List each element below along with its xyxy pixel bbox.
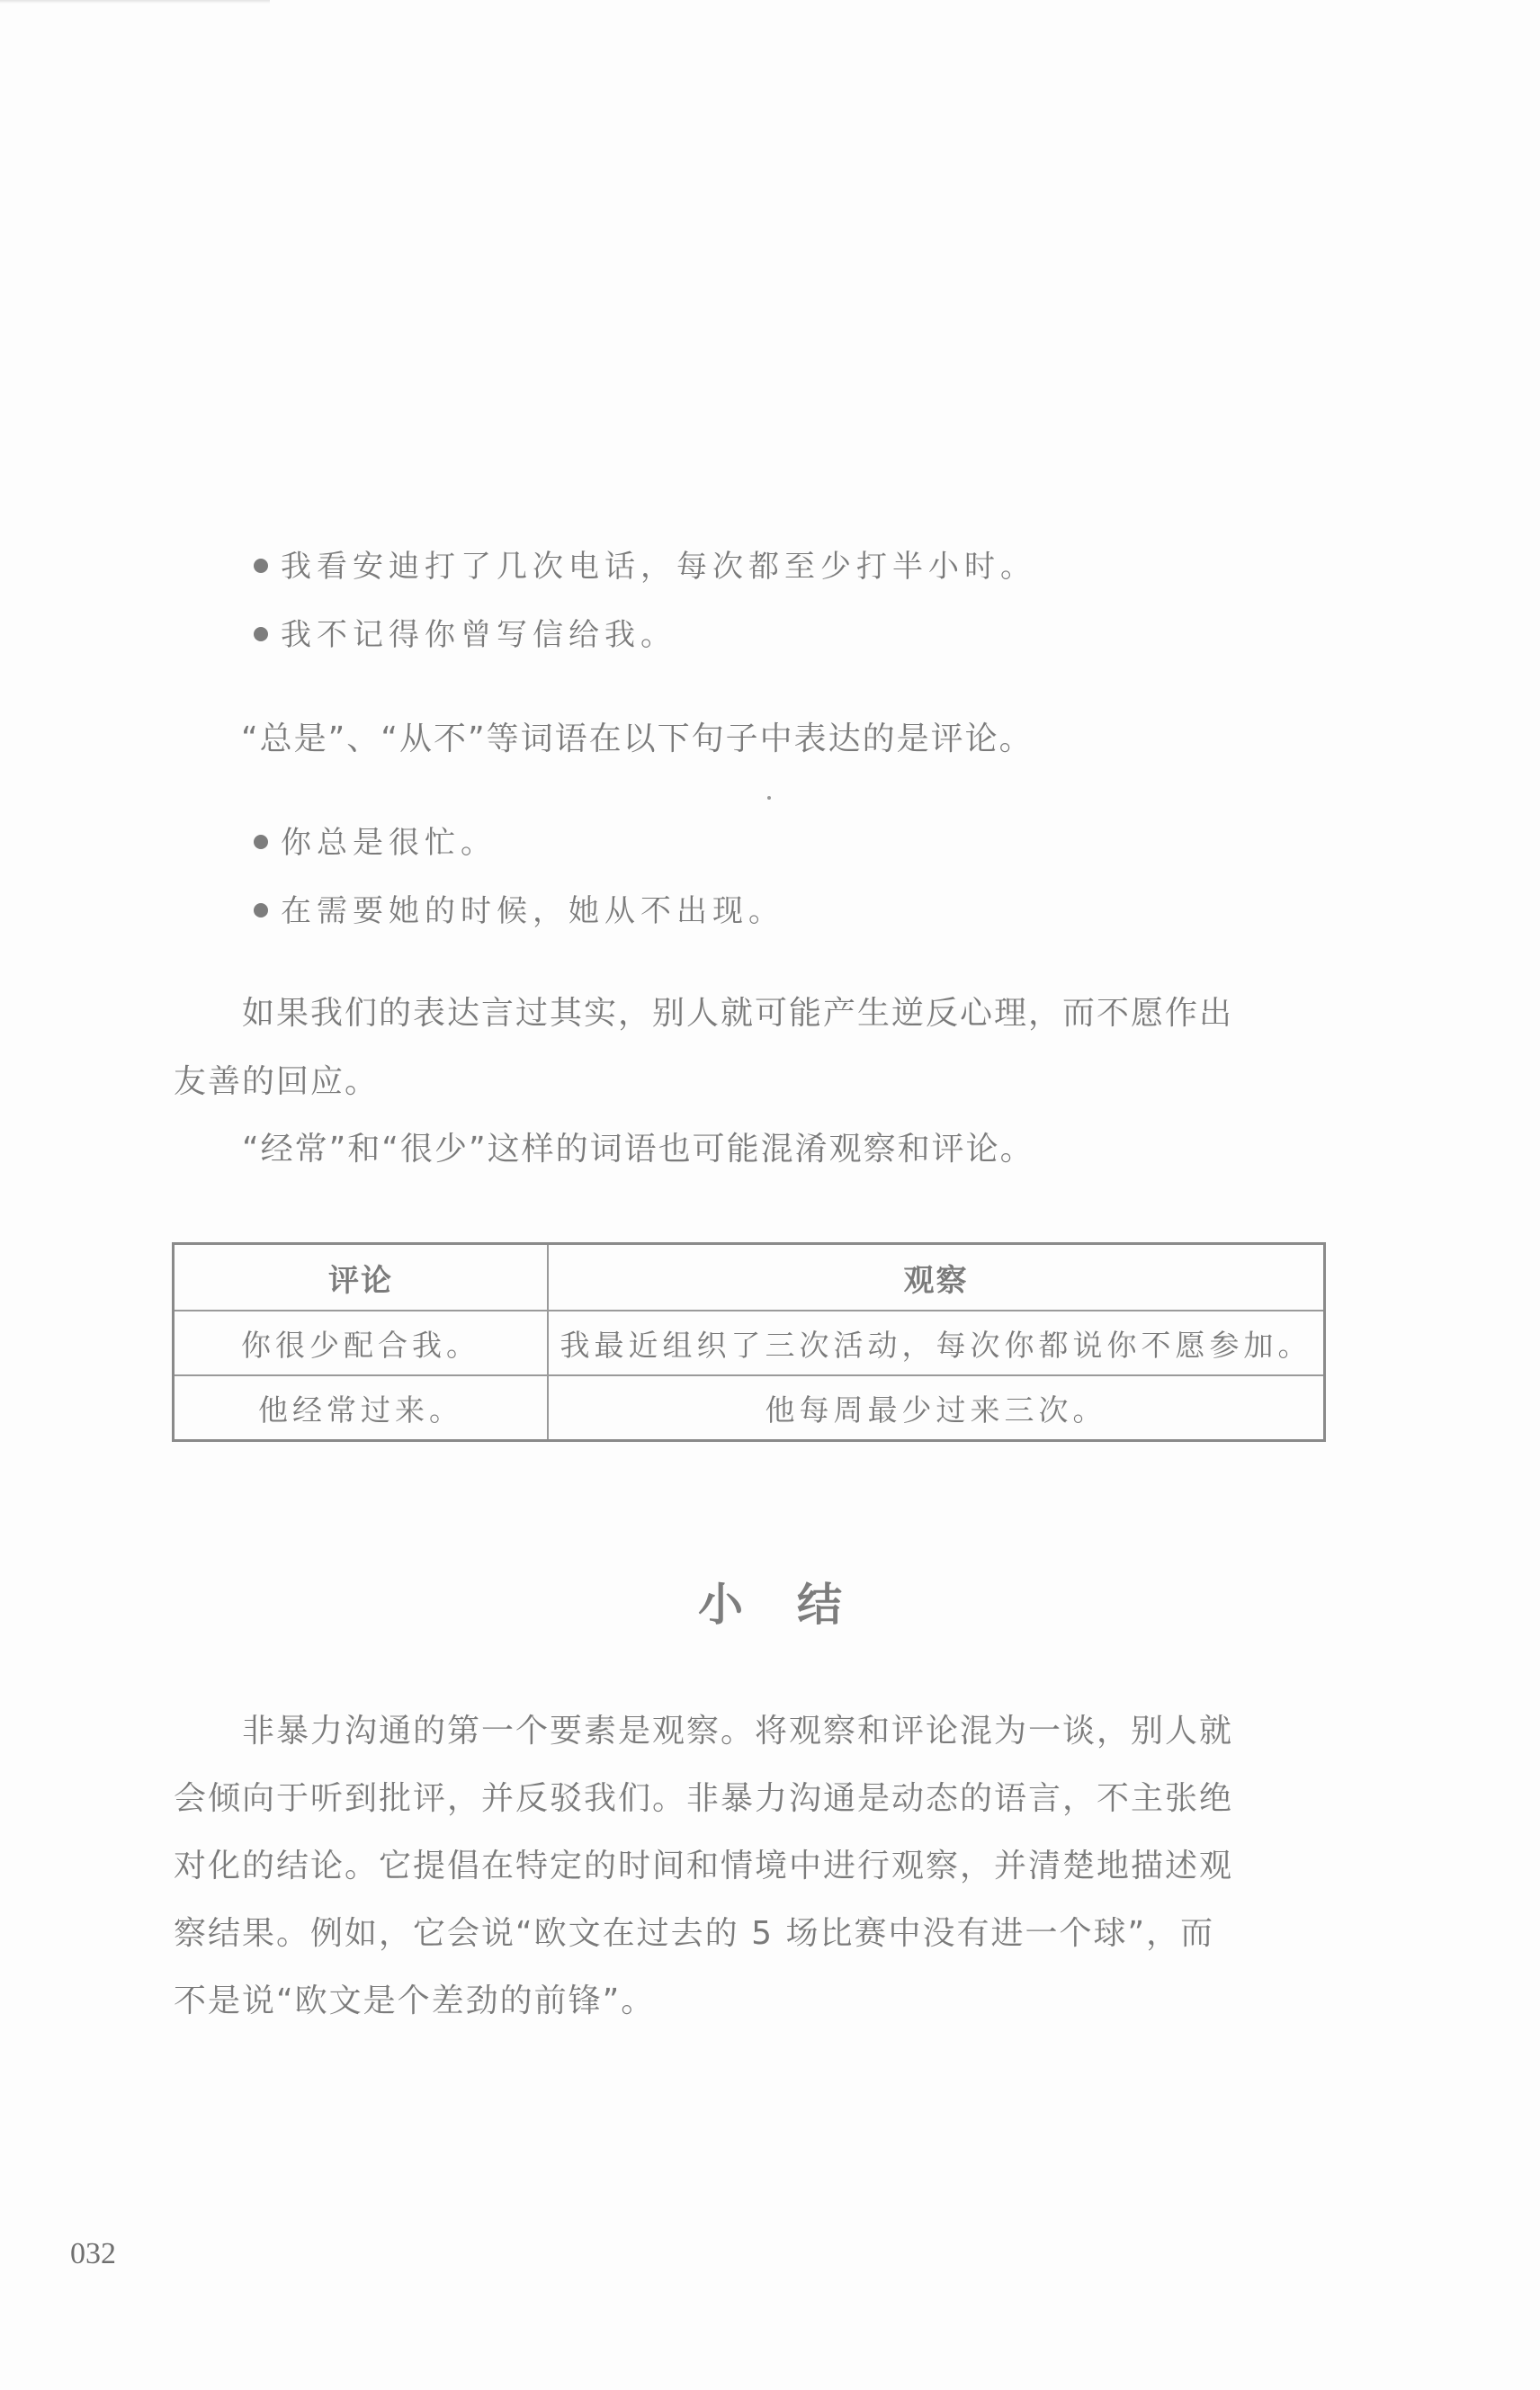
scan-speck <box>767 796 771 800</box>
scan-edge-smudge <box>0 0 270 4</box>
summary-line: 察结果。例如，它会说“欧文在过去的 5 场比赛中没有进一个球”，而 <box>174 1912 1334 1956</box>
bullet-dot-icon <box>254 835 268 849</box>
summary-line: 不是说“欧文是个差劲的前锋”。 <box>174 1980 1334 2023</box>
bullet-dot-icon <box>254 559 268 573</box>
summary-line: 对化的结论。它提倡在特定的时间和情境中进行观察，并清楚地描述观 <box>174 1845 1334 1888</box>
page-number: 032 <box>70 2237 116 2271</box>
summary-line: 非暴力沟通的第一个要素是观察。将观察和评论混为一谈，别人就 <box>174 1710 1334 1753</box>
bullet-text: 我看安迪打了几次电话，每次都至少打半小时。 <box>281 549 1036 585</box>
bullet-dot-icon <box>254 903 268 918</box>
bullet-dot-icon <box>254 627 268 641</box>
comment-vs-observation-table: 评论 观察 你很少配合我。 我最近组织了三次活动，每次你都说你不愿参加。 他经常… <box>172 1242 1326 1442</box>
cell-observation: 他每周最少过来三次。 <box>548 1375 1325 1441</box>
intro-paragraph: “总是”、“从不”等词语在以下句子中表达的是评论。 <box>241 718 1401 761</box>
bullet-item: 我看安迪打了几次电话，每次都至少打半小时。 <box>254 545 1036 588</box>
table-header-row: 评论 观察 <box>174 1244 1325 1311</box>
bullet-item: 在需要她的时候，她从不出现。 <box>254 890 784 933</box>
table-row: 你很少配合我。 我最近组织了三次活动，每次你都说你不愿参加。 <box>174 1311 1325 1375</box>
cell-comment: 他经常过来。 <box>174 1375 549 1441</box>
bullet-item: 我不记得你曾写信给我。 <box>254 613 676 657</box>
header-observation: 观察 <box>548 1244 1325 1311</box>
cell-comment: 你很少配合我。 <box>174 1311 549 1375</box>
bullet-item: 你总是很忙。 <box>254 821 497 864</box>
table-row: 他经常过来。 他每周最少过来三次。 <box>174 1375 1325 1441</box>
paragraph-often-rarely: “经常”和“很少”这样的词语也可能混淆观察和评论。 <box>174 1128 1334 1171</box>
cell-observation: 我最近组织了三次活动，每次你都说你不愿参加。 <box>548 1311 1325 1375</box>
summary-line: 会倾向于听到批评，并反驳我们。非暴力沟通是动态的语言，不主张绝 <box>174 1777 1334 1821</box>
paragraph-exaggeration-line-1: 如果我们的表达言过其实，别人就可能产生逆反心理，而不愿作出 <box>174 992 1334 1035</box>
bullet-text: 在需要她的时候，她从不出现。 <box>281 893 784 929</box>
section-heading-summary: 小结 <box>0 1569 1540 1634</box>
bullet-text: 我不记得你曾写信给我。 <box>281 617 676 653</box>
bullet-text: 你总是很忙。 <box>281 825 497 861</box>
paragraph-exaggeration-line-2: 友善的回应。 <box>174 1061 1334 1104</box>
header-comment: 评论 <box>174 1244 549 1311</box>
